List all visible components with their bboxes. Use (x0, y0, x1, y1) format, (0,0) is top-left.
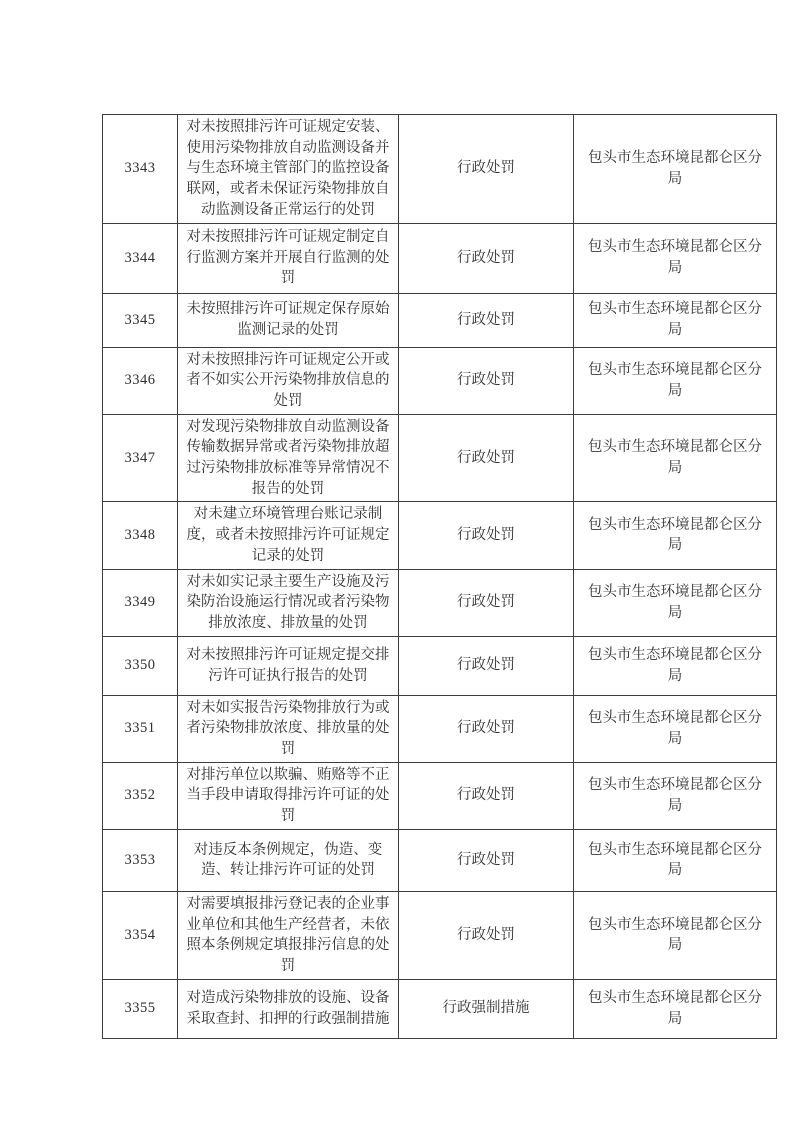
document-page: 3343 对未按照排污许可证规定安装、 使用污染物排放自动监测设备并 与生态环境… (0, 0, 793, 1122)
row-index: 3353 (103, 829, 178, 891)
row-authority: 包头市生态环境昆都仑区分 局 (574, 636, 777, 695)
row-type: 行政处罚 (399, 829, 574, 891)
row-authority: 包头市生态环境昆都仑区分 局 (574, 414, 777, 502)
row-index: 3346 (103, 347, 178, 414)
row-index: 3354 (103, 891, 178, 979)
row-item: 对造成污染物排放的设施、设备 采取查封、扣押的行政强制措施 (178, 979, 399, 1038)
row-item: 未按照排污许可证规定保存原始 监测记录的处罚 (178, 293, 399, 347)
row-index: 3355 (103, 979, 178, 1038)
row-type: 行政强制措施 (399, 979, 574, 1038)
table-row: 3349 对未如实记录主要生产设施及污 染防治设施运行情况或者污染物 排放浓度、… (103, 569, 777, 636)
row-item: 对未如实记录主要生产设施及污 染防治设施运行情况或者污染物 排放浓度、排放量的处… (178, 569, 399, 636)
row-index: 3350 (103, 636, 178, 695)
punishment-items-table: 3343 对未按照排污许可证规定安装、 使用污染物排放自动监测设备并 与生态环境… (102, 114, 777, 1039)
table-row: 3351 对未如实报告污染物排放行为或 者污染物排放浓度、排放量的处 罚 行政处… (103, 695, 777, 762)
table-row: 3343 对未按照排污许可证规定安装、 使用污染物排放自动监测设备并 与生态环境… (103, 115, 777, 224)
row-index: 3352 (103, 762, 178, 829)
row-authority: 包头市生态环境昆都仑区分 局 (574, 569, 777, 636)
row-type: 行政处罚 (399, 762, 574, 829)
table-row: 3350 对未按照排污许可证规定提交排 污许可证执行报告的处罚 行政处罚 包头市… (103, 636, 777, 695)
row-authority: 包头市生态环境昆都仑区分 局 (574, 829, 777, 891)
row-item: 对排污单位以欺骗、贿赂等不正 当手段申请取得排污许可证的处 罚 (178, 762, 399, 829)
row-item: 对未如实报告污染物排放行为或 者污染物排放浓度、排放量的处 罚 (178, 695, 399, 762)
row-index: 3349 (103, 569, 178, 636)
table-row: 3344 对未按照排污许可证规定制定自 行监测方案并开展自行监测的处 罚 行政处… (103, 223, 777, 293)
row-type: 行政处罚 (399, 223, 574, 293)
table-row: 3353 对违反本条例规定，伪造、变 造、转让排污许可证的处罚 行政处罚 包头市… (103, 829, 777, 891)
row-item: 对未按照排污许可证规定安装、 使用污染物排放自动监测设备并 与生态环境主管部门的… (178, 115, 399, 224)
row-item: 对未建立环境管理台账记录制 度，或者未按照排污许可证规定 记录的处罚 (178, 502, 399, 569)
row-type: 行政处罚 (399, 115, 574, 224)
row-item: 对未按照排污许可证规定制定自 行监测方案并开展自行监测的处 罚 (178, 223, 399, 293)
table-row: 3354 对需要填报排污登记表的企业事 业单位和其他生产经营者，未依 照本条例规… (103, 891, 777, 979)
row-authority: 包头市生态环境昆都仑区分 局 (574, 979, 777, 1038)
row-type: 行政处罚 (399, 293, 574, 347)
table-row: 3355 对造成污染物排放的设施、设备 采取查封、扣押的行政强制措施 行政强制措… (103, 979, 777, 1038)
row-item: 对需要填报排污登记表的企业事 业单位和其他生产经营者，未依 照本条例规定填报排污… (178, 891, 399, 979)
row-type: 行政处罚 (399, 695, 574, 762)
row-index: 3345 (103, 293, 178, 347)
row-index: 3351 (103, 695, 178, 762)
row-authority: 包头市生态环境昆都仑区分 局 (574, 347, 777, 414)
row-item: 对未按照排污许可证规定公开或 者不如实公开污染物排放信息的 处罚 (178, 347, 399, 414)
table-row: 3352 对排污单位以欺骗、贿赂等不正 当手段申请取得排污许可证的处 罚 行政处… (103, 762, 777, 829)
row-item: 对发现污染物排放自动监测设备 传输数据异常或者污染物排放超 过污染物排放标准等异… (178, 414, 399, 502)
row-authority: 包头市生态环境昆都仑区分 局 (574, 293, 777, 347)
table-row: 3347 对发现污染物排放自动监测设备 传输数据异常或者污染物排放超 过污染物排… (103, 414, 777, 502)
row-authority: 包头市生态环境昆都仑区分 局 (574, 695, 777, 762)
row-type: 行政处罚 (399, 502, 574, 569)
row-type: 行政处罚 (399, 569, 574, 636)
row-index: 3348 (103, 502, 178, 569)
row-index: 3347 (103, 414, 178, 502)
row-type: 行政处罚 (399, 891, 574, 979)
row-index: 3343 (103, 115, 178, 224)
table-row: 3346 对未按照排污许可证规定公开或 者不如实公开污染物排放信息的 处罚 行政… (103, 347, 777, 414)
row-authority: 包头市生态环境昆都仑区分 局 (574, 223, 777, 293)
row-authority: 包头市生态环境昆都仑区分 局 (574, 762, 777, 829)
row-authority: 包头市生态环境昆都仑区分 局 (574, 891, 777, 979)
row-type: 行政处罚 (399, 636, 574, 695)
row-authority: 包头市生态环境昆都仑区分 局 (574, 115, 777, 224)
row-authority: 包头市生态环境昆都仑区分 局 (574, 502, 777, 569)
row-index: 3344 (103, 223, 178, 293)
table-row: 3348 对未建立环境管理台账记录制 度，或者未按照排污许可证规定 记录的处罚 … (103, 502, 777, 569)
row-type: 行政处罚 (399, 414, 574, 502)
table-row: 3345 未按照排污许可证规定保存原始 监测记录的处罚 行政处罚 包头市生态环境… (103, 293, 777, 347)
row-item: 对违反本条例规定，伪造、变 造、转让排污许可证的处罚 (178, 829, 399, 891)
row-item: 对未按照排污许可证规定提交排 污许可证执行报告的处罚 (178, 636, 399, 695)
row-type: 行政处罚 (399, 347, 574, 414)
